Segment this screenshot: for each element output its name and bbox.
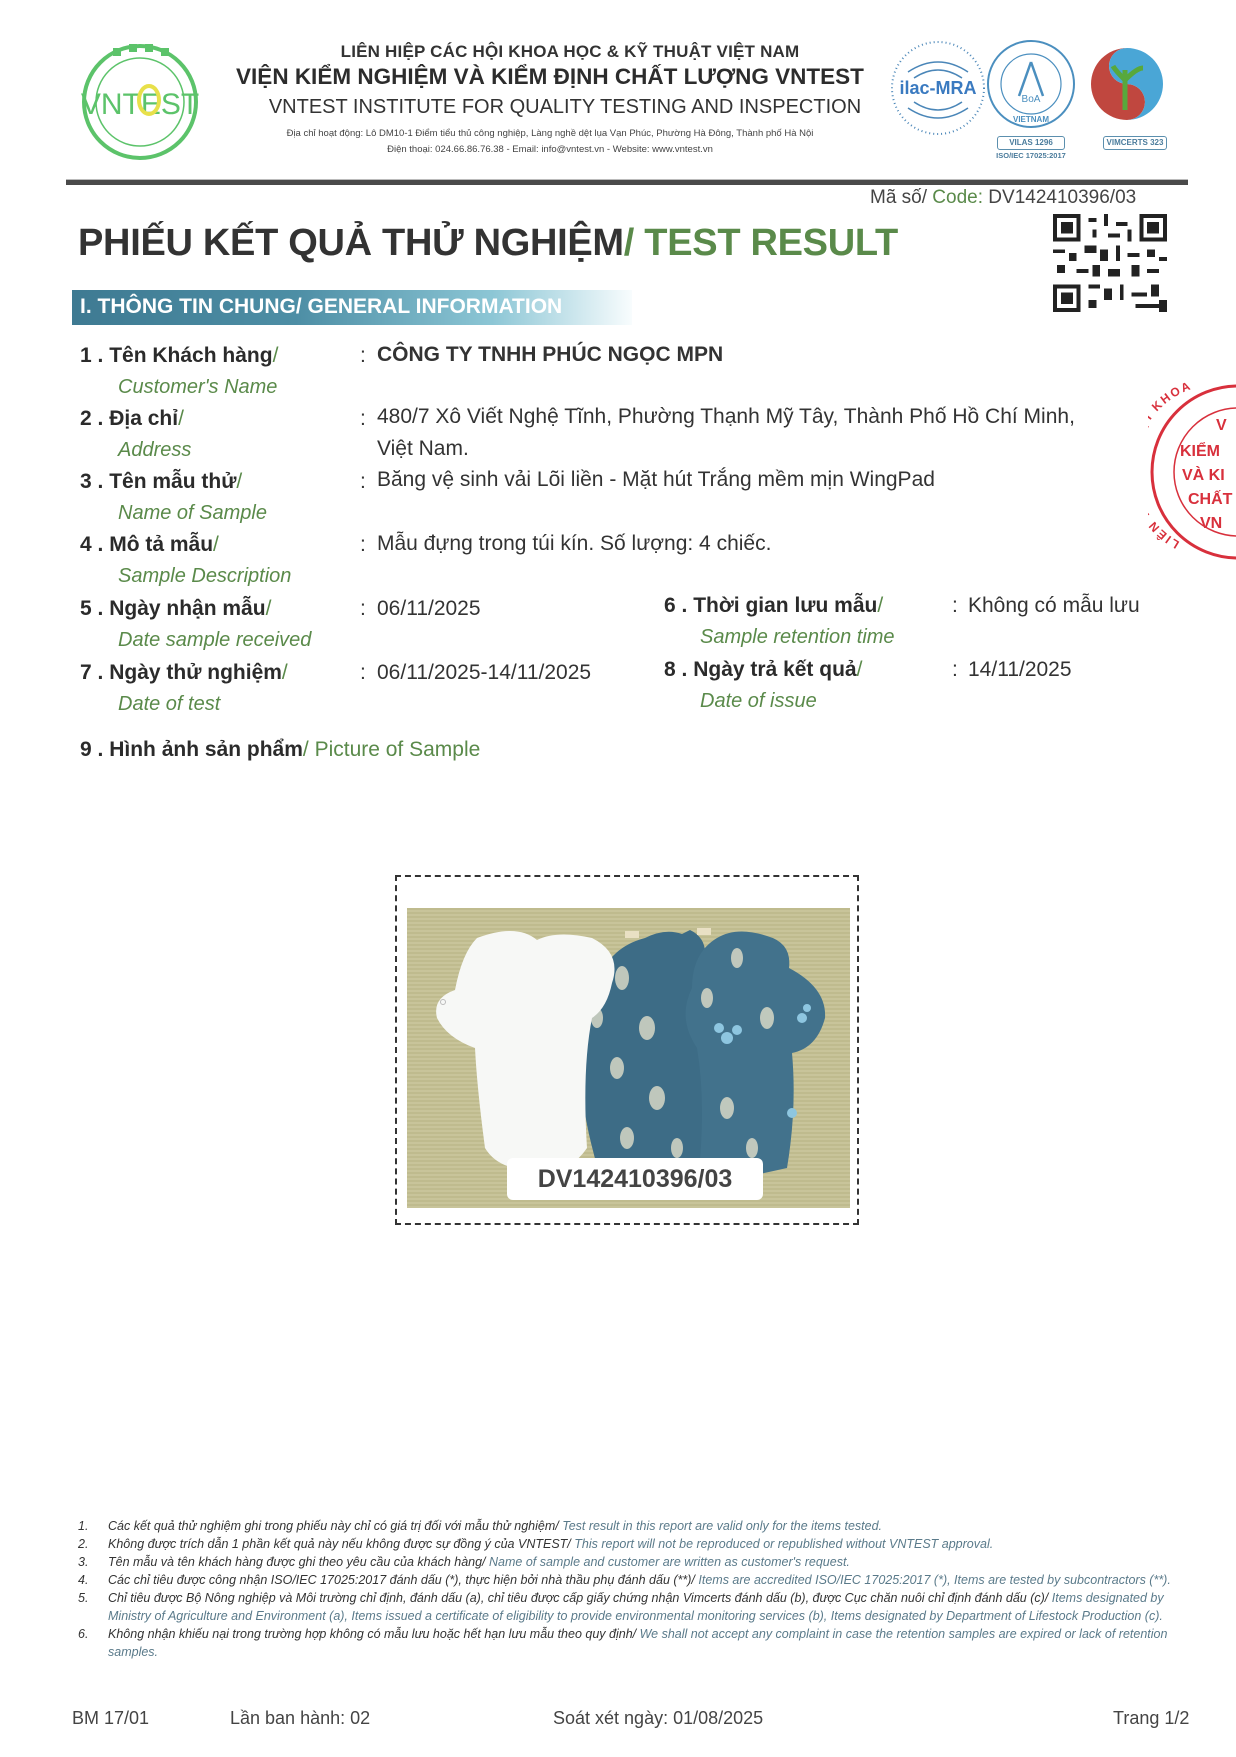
edition-number: Lần ban hành: 02 [230,1708,370,1729]
footnotes: 1.Các kết quả thử nghiệm ghi trong phiếu… [78,1517,1188,1661]
test-date-value: 06/11/2025-14/11/2025 [377,661,591,685]
field-date-received-label-en: Date sample received [118,629,311,652]
vimcerts-logo [1085,40,1170,130]
retention-time-value: Không có mẫu lưu [968,594,1140,618]
field-sample-description-label-en: Sample Description [118,565,291,588]
page-title: PHIẾU KẾT QUẢ THỬ NGHIỆM/ TEST RESULT [78,222,898,265]
field-sample-name-label: 3 . Tên mẫu thử/ [80,470,242,494]
footnote: 3.Tên mẫu và tên khách hàng được ghi the… [78,1553,1188,1571]
section-general-information: I. THÔNG TIN CHUNG/ GENERAL INFORMATION [72,290,632,325]
field-picture-label: 9 . Hình ảnh sản phẩm/ Picture of Sample [80,738,480,762]
red-seal-stamp: LIÊN HIỆP CÁC HỘI KHOA V KIỂM VÀ KI CHẤT… [1148,372,1236,572]
field-issue-date-label-en: Date of issue [700,690,817,713]
footnote: 6.Không nhận khiếu nại trong trường hợp … [78,1625,1188,1661]
field-address-label: 2 . Địa chỉ/ [80,407,184,431]
org-name-en: VNTEST INSTITUTE FOR QUALITY TESTING AND… [230,96,900,119]
svg-text:ilac-MRA: ilac-MRA [899,78,976,98]
sample-picture: DV142410396/03 [407,908,850,1208]
vilas-badge: VILAS 1296 [997,136,1065,150]
header-divider [66,179,1188,185]
code-value: DV142410396/03 [983,187,1136,208]
code-label-en: Code: [927,187,983,208]
form-code: BM 17/01 [72,1708,149,1729]
footnote: 1.Các kết quả thử nghiệm ghi trong phiếu… [78,1517,1188,1535]
title-vi: PHIẾU KẾT QUẢ THỬ NGHIỆM [78,222,624,264]
customer-name-value: CÔNG TY TNHH PHÚC NGỌC MPN [377,343,723,367]
sample-code-caption: DV142410396/03 [507,1158,763,1200]
review-date: Soát xét ngày: 01/08/2025 [553,1708,763,1729]
org-address: Địa chỉ hoạt động: Lô DM10-1 Điểm tiểu t… [205,128,895,139]
address-value-line1: 480/7 Xô Viết Nghệ Tĩnh, Phường Thạnh Mỹ… [377,405,1075,429]
report-code: Mã số/ Code: DV142410396/03 [870,187,1136,209]
code-label-vi: Mã số/ [870,187,927,208]
iso-standard-text: ISO/IEC 17025:2017 [990,151,1072,160]
field-customer-name-label-en: Customer's Name [118,376,277,399]
vntest-logo: VNTEST [73,40,207,164]
field-date-received-label: 5 . Ngày nhận mẫu/ [80,597,271,621]
issue-date-value: 14/11/2025 [968,658,1072,682]
svg-text:BoA: BoA [1022,94,1041,105]
svg-text:CHẤT: CHẤT [1188,489,1233,508]
sample-name-value: Băng vệ sinh vải Lõi liền - Mặt hút Trắn… [377,468,935,492]
ilac-mra-logo: ilac-MRA [888,38,988,138]
page-number: Trang 1/2 [1113,1708,1189,1729]
qr-code[interactable] [1052,214,1168,312]
field-test-date-label: 7 . Ngày thử nghiệm/ [80,661,288,685]
org-contact: Điện thoại: 024.66.86.76.38 - Email: inf… [205,144,895,155]
date-received-value: 06/11/2025 [377,597,481,621]
field-test-date-label-en: Date of test [118,693,220,716]
section-heading: I. THÔNG TIN CHUNG/ GENERAL INFORMATION [80,295,562,319]
field-retention-time-label: 6 . Thời gian lưu mẫu/ [664,594,883,618]
field-customer-name-label: 1 . Tên Khách hàng/ [80,344,278,368]
vimcerts-badge: VIMCERTS 323 [1103,136,1167,150]
title-en: / TEST RESULT [624,222,898,264]
boa-accreditation-logo: BoA VIETNAM [985,38,1077,130]
svg-text:VIETNAM: VIETNAM [1013,115,1049,124]
org-parent-name: LIÊN HIỆP CÁC HỘI KHOA HỌC & KỸ THUẬT VI… [230,42,910,62]
sample-description-value: Mẫu đựng trong túi kín. Số lượng: 4 chiế… [377,532,771,556]
svg-text:V: V [1216,417,1227,434]
footnote: 4.Các chỉ tiêu được công nhận ISO/IEC 17… [78,1571,1188,1589]
org-name-vi: VIỆN KIỂM NGHIỆM VÀ KIỂM ĐỊNH CHẤT LƯỢNG… [205,64,895,90]
field-issue-date-label: 8 . Ngày trả kết quả/ [664,658,862,682]
field-retention-time-label-en: Sample retention time [700,626,895,649]
footnote: 5.Chỉ tiêu được Bộ Nông nghiệp và Môi tr… [78,1589,1188,1625]
footnote: 2.Không được trích dẫn 1 phần kết quả nà… [78,1535,1188,1553]
field-sample-name-label-en: Name of Sample [118,502,267,525]
svg-text:KIỂM: KIỂM [1180,441,1220,460]
svg-text:VÀ KI: VÀ KI [1182,465,1225,484]
field-sample-description-label: 4 . Mô tả mẫu/ [80,533,219,557]
field-address-label-en: Address [118,439,191,462]
address-value-line2: Việt Nam. [377,437,469,461]
svg-text:VN: VN [1200,515,1222,532]
